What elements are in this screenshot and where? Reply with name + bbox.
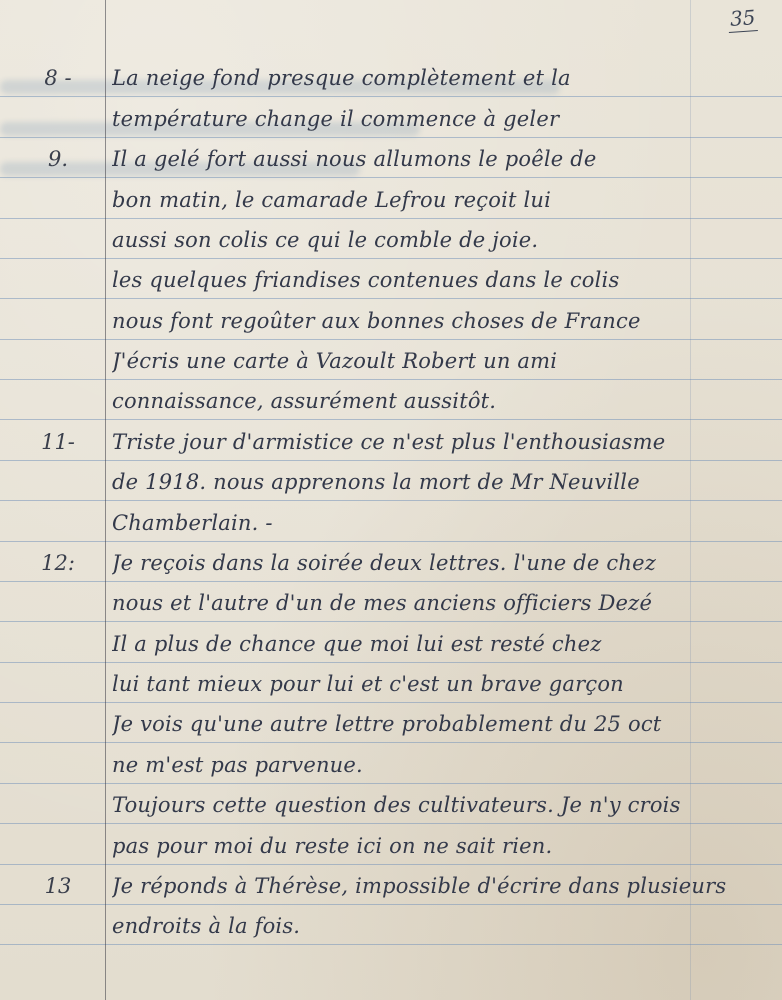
entry-line: nous et l'autre d'un de mes anciens offi… [112,591,774,615]
margin-line [105,0,106,1000]
entry-line: Je réponds à Thérèse, impossible d'écrir… [112,874,774,898]
ruled-line [0,177,782,178]
ruled-line [0,662,782,663]
entry-line: bon matin, le camarade Lefrou reçoit lui [112,188,774,212]
ruled-line [0,581,782,582]
ruled-line [0,702,782,703]
entry-line: La neige fond presque complètement et la [112,66,774,90]
entry-line: J'écris une carte à Vazoult Robert un am… [112,349,774,373]
ruled-line [0,339,782,340]
ruled-line [0,944,782,945]
entry-date: 9. [28,147,88,171]
notebook-page: 35 8 - La neige fond presque complètemen… [0,0,782,1000]
ruled-line [0,258,782,259]
entry-date: 11- [28,430,88,454]
entry-line: Toujours cette question des cultivateurs… [112,793,774,817]
entry-line: ne m'est pas parvenue. [112,753,774,777]
ruled-line [0,742,782,743]
ruled-line [0,379,782,380]
entry-line: Triste jour d'armistice ce n'est plus l'… [112,430,774,454]
entry-line: Il a plus de chance que moi lui est rest… [112,632,774,656]
ruled-line [0,500,782,501]
ruled-line [0,419,782,420]
entry-line: pas pour moi du reste ici on ne sait rie… [112,834,774,858]
ruled-line [0,783,782,784]
entry-line: Chamberlain. - [112,511,774,535]
page-number: 35 [727,5,758,33]
entry-line: les quelques friandises contenues dans l… [112,268,774,292]
ruled-line [0,460,782,461]
ruled-line [0,823,782,824]
entry-line: Je reçois dans la soirée deux lettres. l… [112,551,774,575]
entry-line: nous font regoûter aux bonnes choses de … [112,309,774,333]
entry-line: endroits à la fois. [112,914,774,938]
entry-date: 13 [28,874,88,898]
entry-line: de 1918. nous apprenons la mort de Mr Ne… [112,470,774,494]
entry-line: Il a gelé fort aussi nous allumons le po… [112,147,774,171]
ruled-line [0,137,782,138]
entry-line: Je vois qu'une autre lettre probablement… [112,712,774,736]
entry-line: connaissance, assurément aussitôt. [112,389,774,413]
ruled-line [0,218,782,219]
entry-date: 8 - [28,66,88,90]
ruled-line [0,96,782,97]
entry-line: aussi son colis ce qui le comble de joie… [112,228,774,252]
entry-line: température change il commence à geler [112,107,774,131]
ruled-line [0,864,782,865]
entry-date: 12: [28,551,88,575]
ruled-line [0,298,782,299]
ruled-line [0,541,782,542]
ruled-line [0,621,782,622]
entry-line: lui tant mieux pour lui et c'est un brav… [112,672,774,696]
ruled-line [0,904,782,905]
